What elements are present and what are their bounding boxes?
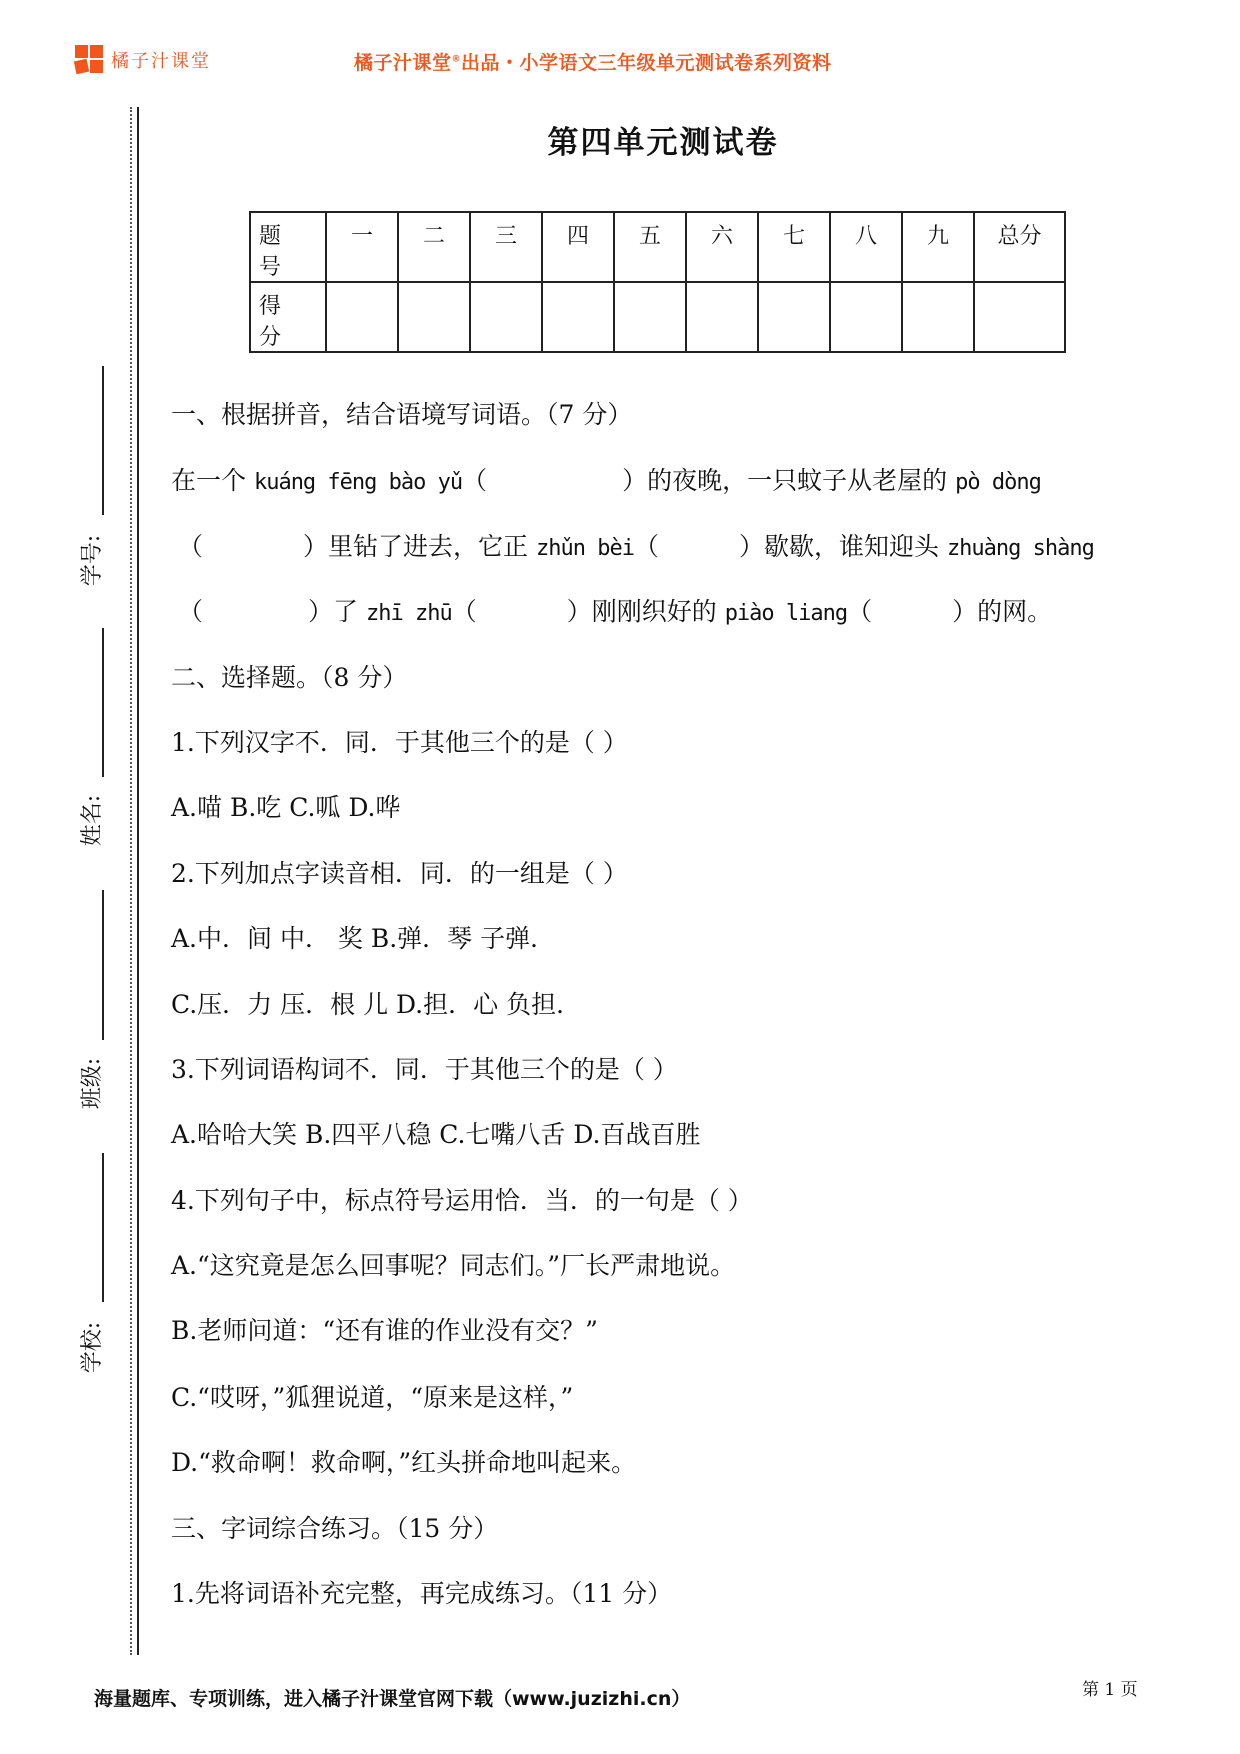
blank-close: ） (952, 597, 977, 626)
school-label-text: 学校: (76, 1321, 107, 1372)
section1-line2: （）里钻了进去，它正 zhǔn bèi（）歇歇，谁知迎头 zhuàng shàn… (178, 530, 1094, 564)
student-id-label-text: 学号: (76, 534, 107, 585)
question-2-4-option-d: D.“救命啊！救命啊，”红头拼命地叫起来。 (171, 1446, 636, 1480)
question-2-4-option-b: B.老师问道：“还有谁的作业没有交？” (171, 1314, 598, 1348)
page-title: 第四单元测试卷 (0, 117, 1240, 162)
score-table: 题 号 一 二 三 四 五 六 七 八 九 总分 得 分 (249, 211, 1066, 353)
col-header: 六 (686, 212, 758, 282)
text: 刚刚织好的 (592, 597, 725, 626)
question-2-2-options-cd: C.压．力 压．根 儿 D.担．心 负担． (171, 988, 581, 1022)
col-header-total: 总分 (974, 212, 1065, 282)
section2-heading: 二、选择题。（8 分） (171, 661, 407, 695)
text: 了 (333, 597, 366, 626)
name-label-text: 姓名: (76, 794, 107, 845)
col-header: 二 (398, 212, 470, 282)
school-label: 学校: (74, 1307, 108, 1387)
text: 在一个 (171, 466, 254, 495)
question-2-2-options-ab: A.中．间 中． 奖 B.弹．琴 子弹． (171, 922, 555, 956)
score-label-cell: 得 分 (250, 282, 326, 352)
student-id-label: 学号: (74, 520, 108, 600)
score-cell[interactable] (758, 282, 830, 352)
binding-solid-line (137, 107, 139, 1655)
col-header: 五 (614, 212, 686, 282)
score-cell[interactable] (470, 282, 542, 352)
score-table-header-row: 题 号 一 二 三 四 五 六 七 八 九 总分 (250, 212, 1065, 282)
header-label-cell: 题 号 (250, 212, 326, 282)
score-cell[interactable] (686, 282, 758, 352)
section1-heading: 一、根据拼音，结合语境写词语。（7 分） (171, 398, 632, 432)
question-2-4-option-a: A.“这究竟是怎么回事呢？同志们。”厂长严肃地说。 (171, 1249, 735, 1283)
binding-dotted-line (130, 107, 132, 1655)
score-cell[interactable] (398, 282, 470, 352)
text: 歇歇，谁知迎头 (764, 532, 947, 561)
logo-squares-icon (75, 45, 105, 75)
blank-open: （ (178, 597, 203, 626)
page-number: 第 1 页 (1082, 1675, 1138, 1700)
question-2-2: 2.下列加点字读音相．同．的一组是（ ） (171, 857, 628, 891)
col-header: 九 (902, 212, 974, 282)
col-header: 一 (326, 212, 398, 282)
question-3-1: 1.先将词语补充完整，再完成练习。（11 分） (171, 1577, 672, 1611)
score-cell[interactable] (542, 282, 614, 352)
score-cell[interactable] (326, 282, 398, 352)
score-cell-total[interactable] (974, 282, 1065, 352)
question-2-1: 1.下列汉字不．同．于其他三个的是（ ） (171, 726, 628, 760)
class-label: 班级: (74, 1043, 108, 1123)
header-series-title: 橘子汁课堂®出品・小学语文三年级单元测试卷系列资料 (354, 48, 832, 75)
pinyin: kuáng fēng bào yǔ (254, 470, 462, 495)
blank-open: （ (634, 532, 659, 561)
question-2-1-options: A.喵 B.吃 C.呱 D.哗 (171, 791, 400, 825)
pinyin: zhī zhū (366, 601, 452, 626)
registered-mark: ® (452, 55, 462, 65)
col-header: 八 (830, 212, 902, 282)
col-header: 四 (542, 212, 614, 282)
col-header: 七 (758, 212, 830, 282)
text: 里钻了进去，它正 (328, 532, 536, 561)
col-header: 三 (470, 212, 542, 282)
logo-text: 橘子汁课堂 (111, 47, 211, 73)
score-cell[interactable] (830, 282, 902, 352)
blank-open: （ (847, 597, 872, 626)
header-brand: 橘子汁课堂 (354, 52, 452, 74)
student-id-underline (102, 366, 104, 515)
question-2-4-option-c: C.“哎呀，”狐狸说道，“原来是这样，” (171, 1381, 573, 1415)
blank-close: ） (308, 597, 333, 626)
class-label-text: 班级: (76, 1057, 107, 1108)
question-2-3: 3.下列词语构词不．同．于其他三个的是（ ） (171, 1053, 678, 1087)
blank-close: ） (739, 532, 764, 561)
name-underline-top (102, 628, 104, 777)
pinyin: zhǔn bèi (536, 536, 634, 561)
section1-line3: （）了 zhī zhū（）刚刚织好的 piào liang（）的网。 (178, 595, 1052, 629)
pinyin: pò dòng (955, 470, 1041, 495)
class-underline-top (102, 890, 104, 1040)
blank-close: ） (622, 466, 647, 495)
section3-heading: 三、字词综合练习。（15 分） (171, 1512, 498, 1546)
pinyin: piào liang (725, 601, 847, 626)
blank-close: ） (303, 532, 328, 561)
name-label: 姓名: (74, 780, 108, 860)
section1-line1: 在一个 kuáng fēng bào yǔ（）的夜晚，一只蚊子从老屋的 pò d… (171, 464, 1041, 498)
score-table-score-row: 得 分 (250, 282, 1065, 352)
school-underline-top (102, 1153, 104, 1302)
header-series-text: 出品・小学语文三年级单元测试卷系列资料 (461, 52, 832, 74)
blank-open: （ (462, 466, 487, 495)
blank-close: ） (567, 597, 592, 626)
question-2-4: 4.下列句子中，标点符号运用恰．当．的一句是（ ） (171, 1184, 753, 1218)
pinyin: zhuàng shàng (947, 536, 1094, 561)
blank-open: （ (178, 532, 203, 561)
score-cell[interactable] (614, 282, 686, 352)
footer-promo-text: 海量题库、专项训练，进入橘子汁课堂官网下载（www.juzizhi.cn） (94, 1684, 690, 1711)
blank-open: （ (452, 597, 477, 626)
score-cell[interactable] (902, 282, 974, 352)
question-2-3-options: A.哈哈大笑 B.四平八稳 C.七嘴八舌 D.百战百胜 (171, 1118, 700, 1152)
brand-logo: 橘子汁课堂 (75, 45, 211, 75)
text: 的夜晚，一只蚊子从老屋的 (647, 466, 955, 495)
text: 的网。 (977, 597, 1052, 626)
